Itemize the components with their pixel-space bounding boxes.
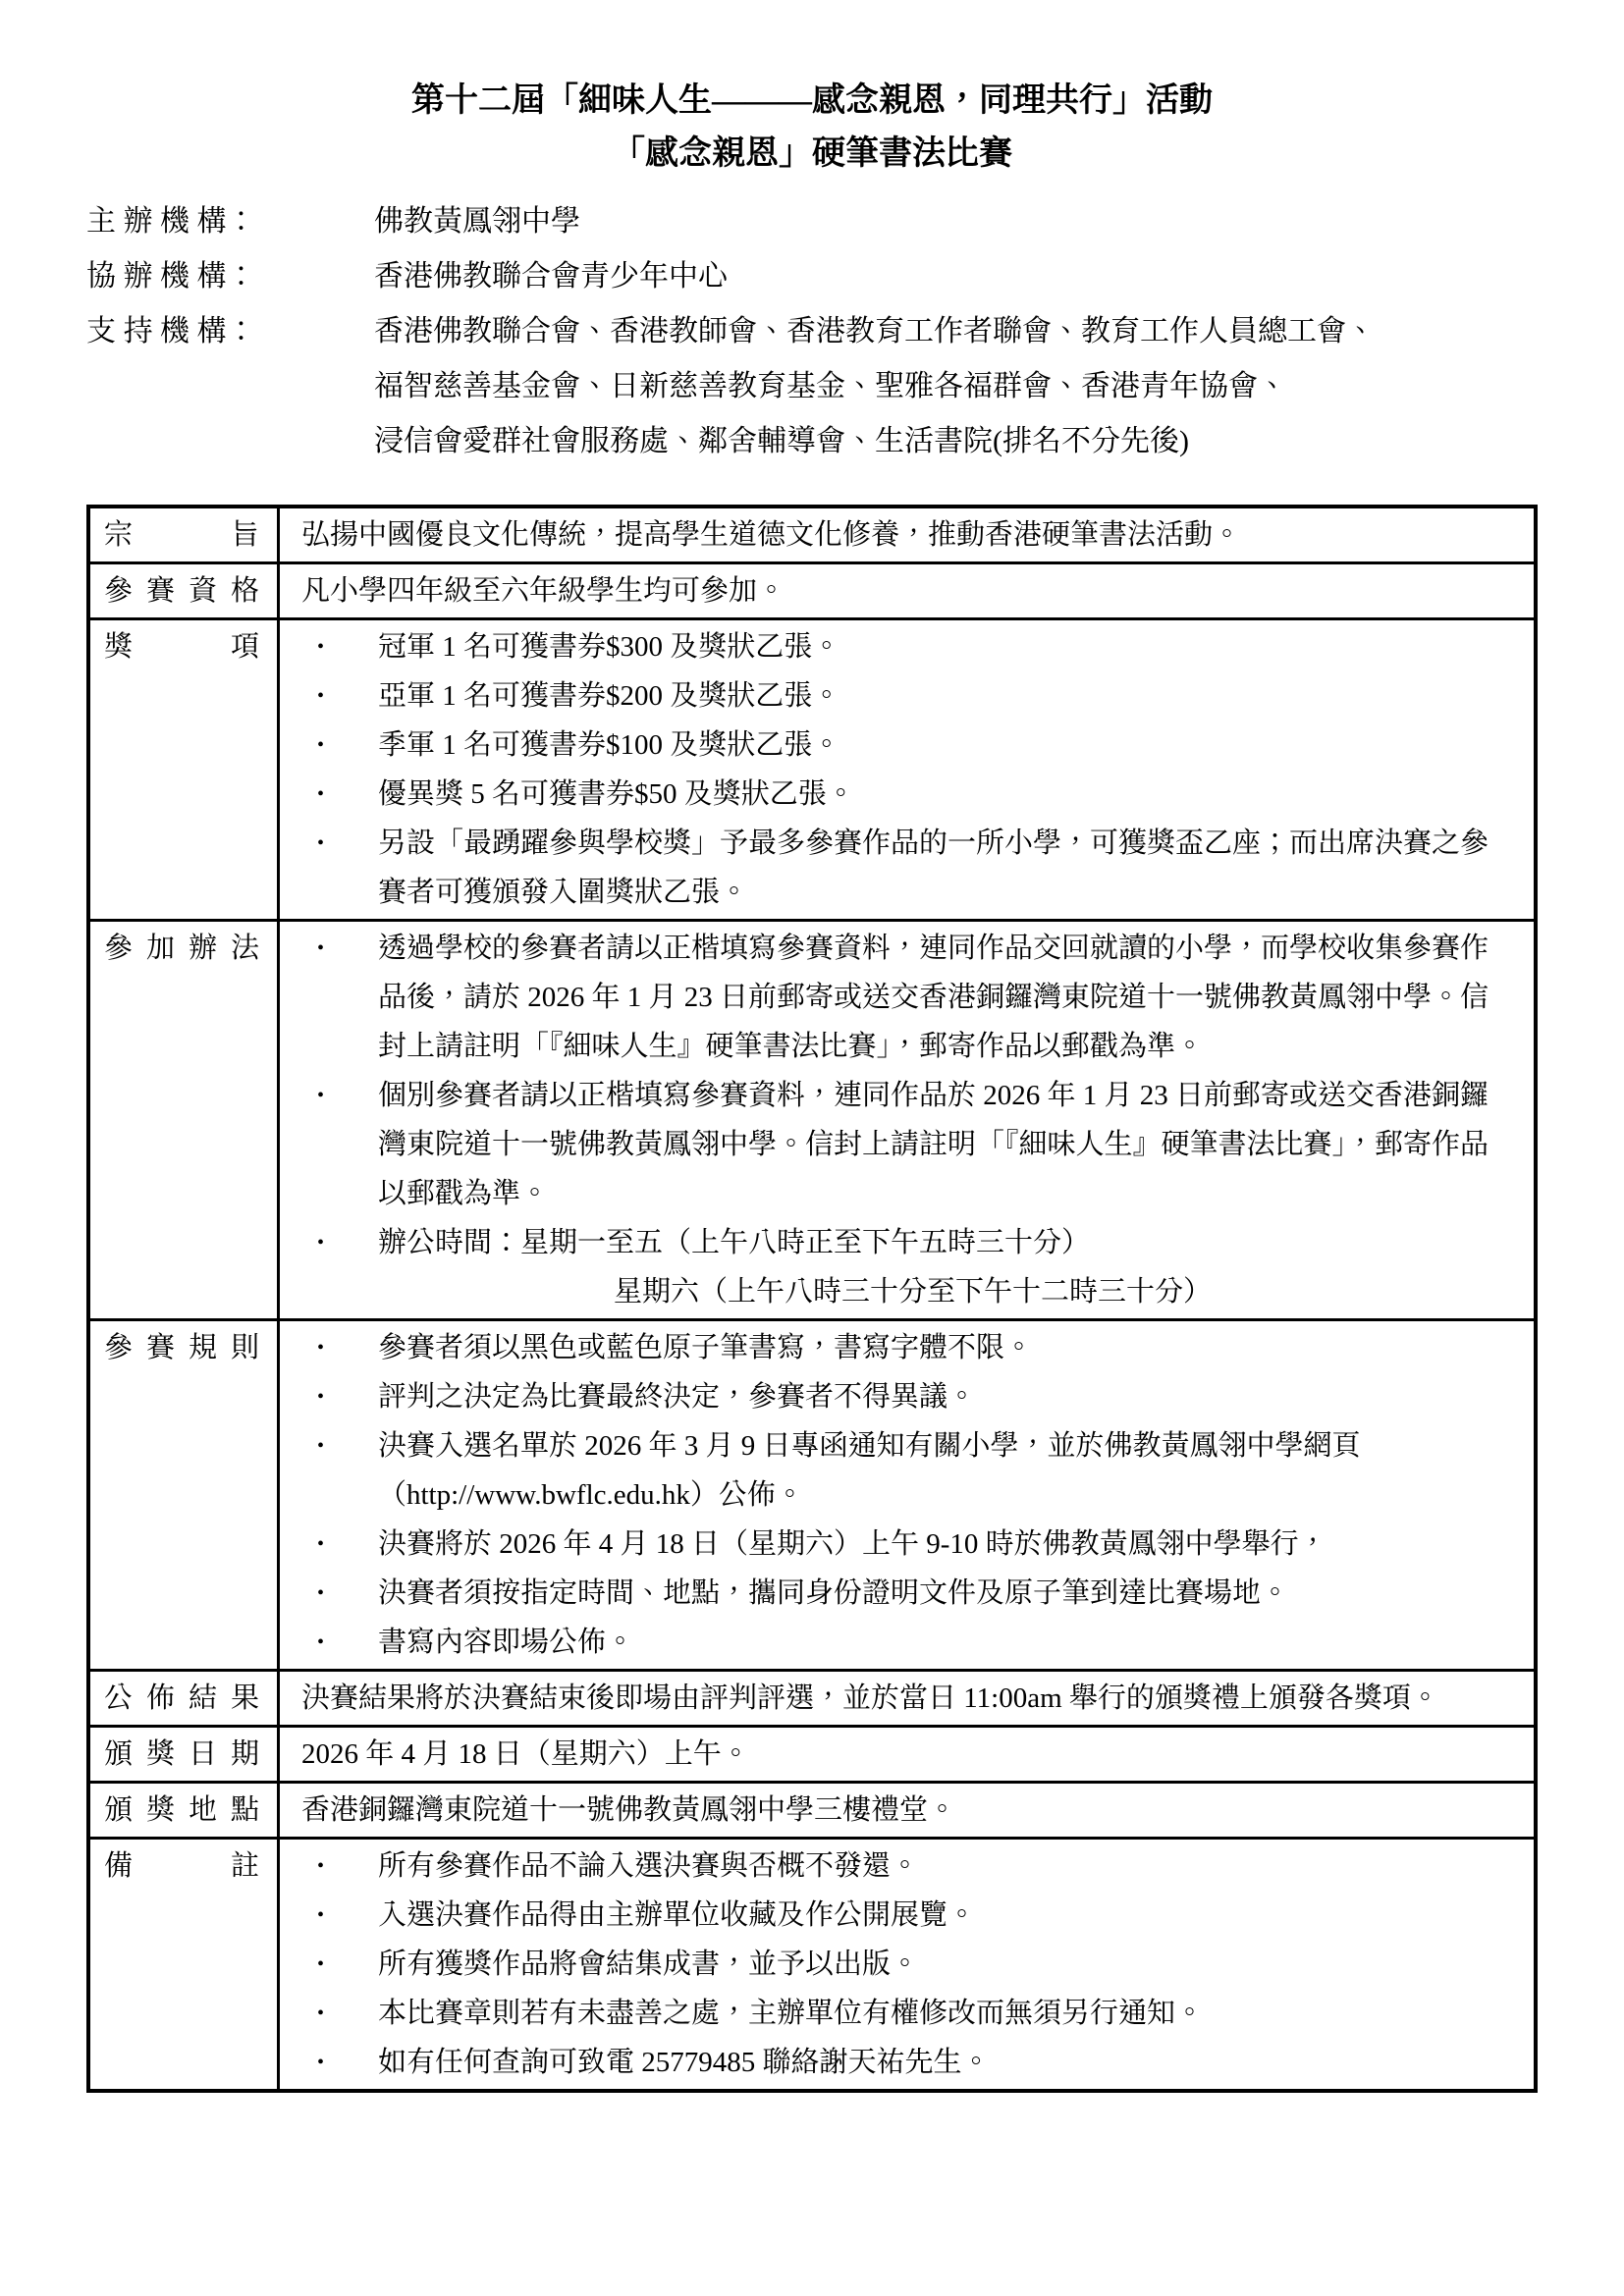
- organizer-row: 協 辦 機 構：香港佛教聯合會青少年中心: [86, 249, 1538, 304]
- bullet-icon: •: [280, 1940, 378, 1989]
- bullet-icon: •: [280, 819, 378, 917]
- bullet-text: 如有任何查詢可致電 25779485 聯絡謝天祐先生。: [378, 2038, 1534, 2087]
- bullet-text: 參賽者須以黑色或藍色原子筆書寫，書寫字體不限。: [378, 1323, 1534, 1372]
- bullet-icon: •: [280, 1891, 378, 1940]
- organizer-values: 香港佛教聯合會、香港教師會、香港教育工作者聯會、教育工作人員總工會、福智慈善基金…: [374, 304, 1538, 469]
- organizer-value-line: 香港佛教聯合會、香港教師會、香港教育工作者聯會、教育工作人員總工會、: [374, 304, 1538, 359]
- bullet-item: •所有獲獎作品將會結集成書，並予以出版。: [280, 1940, 1534, 1989]
- row-text: 香港銅鑼灣東院道十一號佛教黃鳳翎中學三樓禮堂。: [280, 1786, 1534, 1835]
- bullet-icon: •: [280, 1842, 378, 1891]
- bullet-item: •決賽者須按指定時間、地點，攜同身份證明文件及原子筆到達比賽場地。: [280, 1569, 1534, 1618]
- bullet-item: •另設「最踴躍參與學校獎」予最多參賽作品的一所小學，可獲獎盃乙座；而出席決賽之參…: [280, 819, 1534, 917]
- row-content: 香港銅鑼灣東院道十一號佛教黃鳳翎中學三樓禮堂。: [279, 1783, 1537, 1839]
- organizer-values: 香港佛教聯合會青少年中心: [374, 249, 1538, 304]
- bullet-icon: •: [280, 1569, 378, 1618]
- bullet-item: •透過學校的參賽者請以正楷填寫參賽資料，連同作品交回就讀的小學，而學校收集參賽作…: [280, 924, 1534, 1071]
- document-title: 第十二屆「細味人生———感念親恩，同理共行」活動 「感念親恩」硬筆書法比賽: [86, 75, 1538, 181]
- bullet-item: •個別參賽者請以正楷填寫參賽資料，連同作品於 2026 年 1 月 23 日前郵…: [280, 1071, 1534, 1218]
- bullet-icon: •: [280, 1421, 378, 1520]
- bullet-item: •優異獎 5 名可獲書券$50 及獎狀乙張。: [280, 770, 1534, 819]
- bullet-icon: •: [280, 721, 378, 770]
- bullet-item: •如有任何查詢可致電 25779485 聯絡謝天祐先生。: [280, 2038, 1534, 2087]
- bullet-icon: •: [280, 1218, 378, 1316]
- bullet-text: 決賽將於 2026 年 4 月 18 日（星期六）上午 9-10 時於佛教黃鳳翎…: [378, 1520, 1534, 1569]
- bullet-text: 優異獎 5 名可獲書券$50 及獎狀乙張。: [378, 770, 1534, 819]
- organizer-value-line: 佛教黃鳳翎中學: [374, 194, 1538, 249]
- bullet-text: 書寫內容即場公佈。: [378, 1618, 1534, 1667]
- row-label: 參賽規則: [88, 1320, 279, 1671]
- details-table: 宗旨弘揚中國優良文化傳統，提高學生道德文化修養，推動香港硬筆書法活動。參賽資格凡…: [86, 505, 1538, 2093]
- bullet-icon: •: [280, 770, 378, 819]
- row-content: •所有參賽作品不論入選決賽與否概不發還。•入選決賽作品得由主辦單位收藏及作公開展…: [279, 1839, 1537, 2092]
- document-title-line2: 「感念親恩」硬筆書法比賽: [86, 128, 1538, 181]
- table-row: 參賽規則•參賽者須以黑色或藍色原子筆書寫，書寫字體不限。•評判之決定為比賽最終決…: [88, 1320, 1536, 1671]
- table-row: 公佈結果決賽結果將於決賽結束後即場由評判評選，並於當日 11:00am 舉行的頒…: [88, 1671, 1536, 1727]
- bullet-item: •所有參賽作品不論入選決賽與否概不發還。: [280, 1842, 1534, 1891]
- row-label: 公佈結果: [88, 1671, 279, 1727]
- document-page: 第十二屆「細味人生———感念親恩，同理共行」活動 「感念親恩」硬筆書法比賽 主 …: [0, 0, 1624, 2296]
- row-content: •參賽者須以黑色或藍色原子筆書寫，書寫字體不限。•評判之決定為比賽最終決定，參賽…: [279, 1320, 1537, 1671]
- bullet-item: •評判之決定為比賽最終決定，參賽者不得異議。: [280, 1372, 1534, 1421]
- bullet-text: 決賽者須按指定時間、地點，攜同身份證明文件及原子筆到達比賽場地。: [378, 1569, 1534, 1618]
- row-content: 決賽結果將於決賽結束後即場由評判評選，並於當日 11:00am 舉行的頒獎禮上頒…: [279, 1671, 1537, 1727]
- row-label: 參加辦法: [88, 921, 279, 1320]
- bullet-icon: •: [280, 1372, 378, 1421]
- bullet-text: 本比賽章則若有未盡善之處，主辦單位有權修改而無須另行通知。: [378, 1989, 1534, 2038]
- bullet-item: •冠軍 1 名可獲書券$300 及獎狀乙張。: [280, 622, 1534, 671]
- bullet-icon: •: [280, 622, 378, 671]
- bullet-text: 辦公時間：星期一至五（上午八時正至下午五時三十分）星期六（上午八時三十分至下午十…: [378, 1218, 1534, 1316]
- row-text: 2026 年 4 月 18 日（星期六）上午。: [280, 1730, 1534, 1779]
- bullet-text: 評判之決定為比賽最終決定，參賽者不得異議。: [378, 1372, 1534, 1421]
- bullet-text: 所有獲獎作品將會結集成書，並予以出版。: [378, 1940, 1534, 1989]
- row-content: •透過學校的參賽者請以正楷填寫參賽資料，連同作品交回就讀的小學，而學校收集參賽作…: [279, 921, 1537, 1320]
- row-text: 弘揚中國優良文化傳統，提高學生道德文化修養，推動香港硬筆書法活動。: [280, 510, 1534, 560]
- bullet-icon: •: [280, 1071, 378, 1218]
- bullet-item: •亞軍 1 名可獲書券$200 及獎狀乙張。: [280, 671, 1534, 721]
- bullet-item: •本比賽章則若有未盡善之處，主辦單位有權修改而無須另行通知。: [280, 1989, 1534, 2038]
- organizer-values: 佛教黃鳳翎中學: [374, 194, 1538, 249]
- bullet-text: 入選決賽作品得由主辦單位收藏及作公開展覽。: [378, 1891, 1534, 1940]
- table-row: 參賽資格凡小學四年級至六年級學生均可參加。: [88, 563, 1536, 619]
- bullet-icon: •: [280, 1323, 378, 1372]
- organizer-value-line: 香港佛教聯合會青少年中心: [374, 249, 1538, 304]
- row-label: 備註: [88, 1839, 279, 2092]
- row-text: 決賽結果將於決賽結束後即場由評判評選，並於當日 11:00am 舉行的頒獎禮上頒…: [280, 1674, 1534, 1723]
- bullet-text: 透過學校的參賽者請以正楷填寫參賽資料，連同作品交回就讀的小學，而學校收集參賽作品…: [378, 924, 1534, 1071]
- bullet-text: 所有參賽作品不論入選決賽與否概不發還。: [378, 1842, 1534, 1891]
- organizer-label: 主 辦 機 構：: [86, 194, 374, 249]
- row-label: 參賽資格: [88, 563, 279, 619]
- row-content: 2026 年 4 月 18 日（星期六）上午。: [279, 1727, 1537, 1783]
- organizer-row: 主 辦 機 構：佛教黃鳳翎中學: [86, 194, 1538, 249]
- table-row: 宗旨弘揚中國優良文化傳統，提高學生道德文化修養，推動香港硬筆書法活動。: [88, 507, 1536, 563]
- table-row: 頒獎地點香港銅鑼灣東院道十一號佛教黃鳳翎中學三樓禮堂。: [88, 1783, 1536, 1839]
- bullet-item: •決賽入選名單於 2026 年 3 月 9 日專函通知有關小學，並於佛教黃鳳翎中…: [280, 1421, 1534, 1520]
- bullet-item: •入選決賽作品得由主辦單位收藏及作公開展覽。: [280, 1891, 1534, 1940]
- bullet-continuation-line: 星期六（上午八時三十分至下午十二時三十分）: [378, 1267, 1508, 1316]
- bullet-item: •季軍 1 名可獲書券$100 及獎狀乙張。: [280, 721, 1534, 770]
- bullet-item: •書寫內容即場公佈。: [280, 1618, 1534, 1667]
- bullet-icon: •: [280, 671, 378, 721]
- bullet-text: 亞軍 1 名可獲書券$200 及獎狀乙張。: [378, 671, 1534, 721]
- document-title-line1: 第十二屆「細味人生———感念親恩，同理共行」活動: [86, 75, 1538, 128]
- bullet-item: •辦公時間：星期一至五（上午八時正至下午五時三十分）星期六（上午八時三十分至下午…: [280, 1218, 1534, 1316]
- bullet-text: 個別參賽者請以正楷填寫參賽資料，連同作品於 2026 年 1 月 23 日前郵寄…: [378, 1071, 1534, 1218]
- organizer-label: 支 持 機 構：: [86, 304, 374, 469]
- row-content: 凡小學四年級至六年級學生均可參加。: [279, 563, 1537, 619]
- bullet-item: •參賽者須以黑色或藍色原子筆書寫，書寫字體不限。: [280, 1323, 1534, 1372]
- bullet-text: 季軍 1 名可獲書券$100 及獎狀乙張。: [378, 721, 1534, 770]
- row-label: 宗旨: [88, 507, 279, 563]
- bullet-icon: •: [280, 1989, 378, 2038]
- table-row: 獎項•冠軍 1 名可獲書券$300 及獎狀乙張。•亞軍 1 名可獲書券$200 …: [88, 619, 1536, 921]
- organizer-row: 支 持 機 構：香港佛教聯合會、香港教師會、香港教育工作者聯會、教育工作人員總工…: [86, 304, 1538, 469]
- row-content: 弘揚中國優良文化傳統，提高學生道德文化修養，推動香港硬筆書法活動。: [279, 507, 1537, 563]
- row-label: 頒獎日期: [88, 1727, 279, 1783]
- bullet-text: 另設「最踴躍參與學校獎」予最多參賽作品的一所小學，可獲獎盃乙座；而出席決賽之參賽…: [378, 819, 1534, 917]
- row-text: 凡小學四年級至六年級學生均可參加。: [280, 566, 1534, 615]
- bullet-icon: •: [280, 1520, 378, 1569]
- bullet-text: 決賽入選名單於 2026 年 3 月 9 日專函通知有關小學，並於佛教黃鳳翎中學…: [378, 1421, 1534, 1520]
- organizer-list: 主 辦 機 構：佛教黃鳳翎中學協 辦 機 構：香港佛教聯合會青少年中心支 持 機…: [86, 194, 1538, 469]
- organizer-label: 協 辦 機 構：: [86, 249, 374, 304]
- table-row: 參加辦法•透過學校的參賽者請以正楷填寫參賽資料，連同作品交回就讀的小學，而學校收…: [88, 921, 1536, 1320]
- row-label: 頒獎地點: [88, 1783, 279, 1839]
- bullet-icon: •: [280, 924, 378, 1071]
- bullet-icon: •: [280, 2038, 378, 2087]
- table-row: 頒獎日期2026 年 4 月 18 日（星期六）上午。: [88, 1727, 1536, 1783]
- organizer-value-line: 福智慈善基金會、日新慈善教育基金、聖雅各福群會、香港青年協會、: [374, 359, 1538, 414]
- row-content: •冠軍 1 名可獲書券$300 及獎狀乙張。•亞軍 1 名可獲書券$200 及獎…: [279, 619, 1537, 921]
- organizer-value-line: 浸信會愛群社會服務處、鄰舍輔導會、生活書院(排名不分先後): [374, 414, 1538, 469]
- table-row: 備註•所有參賽作品不論入選決賽與否概不發還。•入選決賽作品得由主辦單位收藏及作公…: [88, 1839, 1536, 2092]
- bullet-icon: •: [280, 1618, 378, 1667]
- bullet-text: 冠軍 1 名可獲書券$300 及獎狀乙張。: [378, 622, 1534, 671]
- row-label: 獎項: [88, 619, 279, 921]
- bullet-item: •決賽將於 2026 年 4 月 18 日（星期六）上午 9-10 時於佛教黃鳳…: [280, 1520, 1534, 1569]
